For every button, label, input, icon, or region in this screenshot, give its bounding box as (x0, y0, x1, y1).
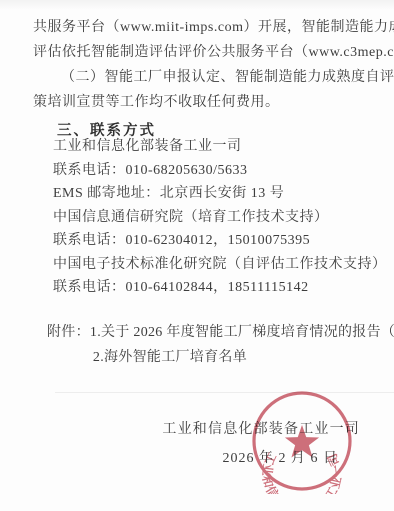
attachment-item: 2.海外智能工厂培育名单 (90, 345, 394, 370)
scan-crease-line (55, 392, 394, 393)
seal-ring (254, 393, 350, 489)
signature-date: 2026 年 2 月 6 日 (223, 447, 339, 467)
signature-org: 工业和信息化部装备工业一司 (162, 418, 360, 438)
body-paragraph-line: （二）智能工厂申报认定、智能制造能力成熟度自评估、政 (33, 65, 363, 90)
contact-info-block: 工业和信息化部装备工业一司 联系电话：010-68205630/5633 EMS… (53, 135, 373, 300)
body-paragraphs: 共服务平台（www.miit-imps.com）开展，智能制造能力成熟度自 评估… (33, 15, 363, 115)
attachment-label: 附件： (47, 320, 90, 345)
contact-line-org: 工业和信息化部装备工业一司 (53, 135, 373, 159)
contact-line-address: EMS 邮寄地址：北京西长安街 13 号 (53, 182, 373, 206)
contact-line-phone: 联系电话：010-68205630/5633 (53, 159, 373, 183)
contact-line-phone: 联系电话：010-64102844，18511115142 (53, 276, 373, 300)
body-paragraph-line: 共服务平台（www.miit-imps.com）开展，智能制造能力成熟度自 (33, 15, 363, 40)
attachment-item: 1.关于 2026 年度智能工厂梯度培育情况的报告（模板） (90, 320, 394, 345)
contact-line-phone: 联系电话：010-62304012，15010075395 (53, 229, 373, 253)
body-paragraph-line: 策培训宣贯等工作均不收取任何费用。 (33, 90, 363, 115)
contact-line-org: 中国信息通信研究院（培育工作技术支持） (53, 206, 373, 230)
contact-line-org: 中国电子技术标准化研究院（自评估工作技术支持） (53, 253, 373, 277)
official-seal: 工业和信息化部装备工业一司 (248, 386, 356, 494)
attachments-block: 附件： 1.关于 2026 年度智能工厂梯度培育情况的报告（模板） 2.海外智能… (47, 320, 377, 370)
body-paragraph-line: 评估依托智能制造评估评价公共服务平台（www.c3mep.cn）开展。 (33, 40, 363, 65)
document-page: 共服务平台（www.miit-imps.com）开展，智能制造能力成熟度自 评估… (0, 0, 394, 511)
